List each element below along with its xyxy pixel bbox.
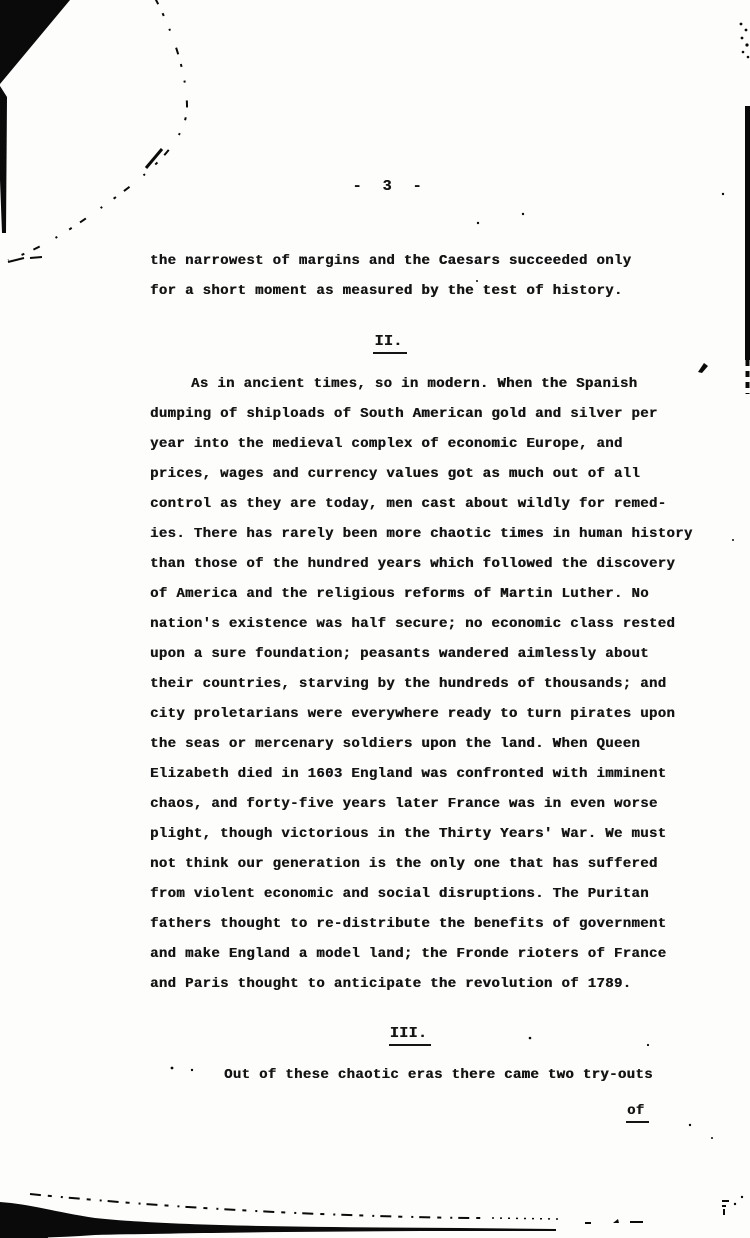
text-line: their countries, starving by the hundred… (150, 669, 693, 699)
text-line: than those of the hundred years which fo… (150, 549, 693, 579)
bottom-scratch-dots (492, 1218, 560, 1219)
bottom-scratch-line (30, 1194, 485, 1218)
text-line: Out of these chaotic eras there came two… (150, 1060, 653, 1090)
catchword: of (626, 1096, 649, 1126)
left-edge-mark (0, 86, 7, 233)
text-line: fathers thought to re-distribute the ben… (150, 909, 693, 939)
text-line: not think our generation is the only one… (150, 849, 693, 879)
text-line: and make England a model land; the Frond… (150, 939, 693, 969)
bottom-edge-swoosh (0, 1202, 556, 1238)
section-ii-paragraph: As in ancient times, so in modern. When … (150, 369, 693, 999)
fold-crease (8, 0, 187, 260)
bottom-left-corner-blot (0, 1205, 48, 1238)
text-line: upon a sure foundation; peasants wandere… (150, 639, 693, 669)
text-line: chaos, and forty-five years later France… (150, 789, 693, 819)
left-scratch (8, 257, 42, 262)
scanned-document-page: - 3 - the narrowest of margins and the C… (0, 0, 750, 1238)
section-iii-paragraph: Out of these chaotic eras there came two… (150, 1060, 653, 1090)
text-line: dumping of shiploads of South American g… (150, 399, 693, 429)
text-line: plight, though victorious in the Thirty … (150, 819, 693, 849)
text-line: Elizabeth died in 1603 England was confr… (150, 759, 693, 789)
top-right-specks (722, 23, 750, 196)
section-heading-iii: III. (150, 1019, 670, 1049)
text-line: nation's existence was half secure; no e… (150, 609, 693, 639)
bottom-right-marks (585, 1196, 743, 1224)
text-line: and Paris thought to anticipate the revo… (150, 969, 693, 999)
intro-paragraph: the narrowest of margins and the Caesars… (150, 246, 631, 306)
right-edge-line (745, 106, 750, 360)
section-heading-ii: II. (140, 327, 640, 357)
torn-corner-artifact (0, 0, 70, 84)
text-line: year into the medieval complex of econom… (150, 429, 693, 459)
text-line: the seas or mercenary soldiers upon the … (150, 729, 693, 759)
text-line: city proletarians were everywhere ready … (150, 699, 693, 729)
text-line: of America and the religious reforms of … (150, 579, 693, 609)
right-margin-blot (698, 363, 708, 373)
pen-scratch (146, 149, 162, 168)
text-line: for a short moment as measured by the te… (150, 276, 631, 306)
section-heading-ii-text: II. (373, 333, 406, 354)
page-number: - 3 - (140, 172, 640, 202)
text-line: ies. There has rarely been more chaotic … (150, 519, 693, 549)
text-line: the narrowest of margins and the Caesars… (150, 246, 631, 276)
catchword-text: of (626, 1103, 649, 1123)
text-line: As in ancient times, so in modern. When … (150, 369, 693, 399)
section-heading-iii-text: III. (389, 1025, 431, 1046)
text-line: control as they are today, men cast abou… (150, 489, 693, 519)
text-line: from violent economic and social disrupt… (150, 879, 693, 909)
text-line: prices, wages and currency values got as… (150, 459, 693, 489)
